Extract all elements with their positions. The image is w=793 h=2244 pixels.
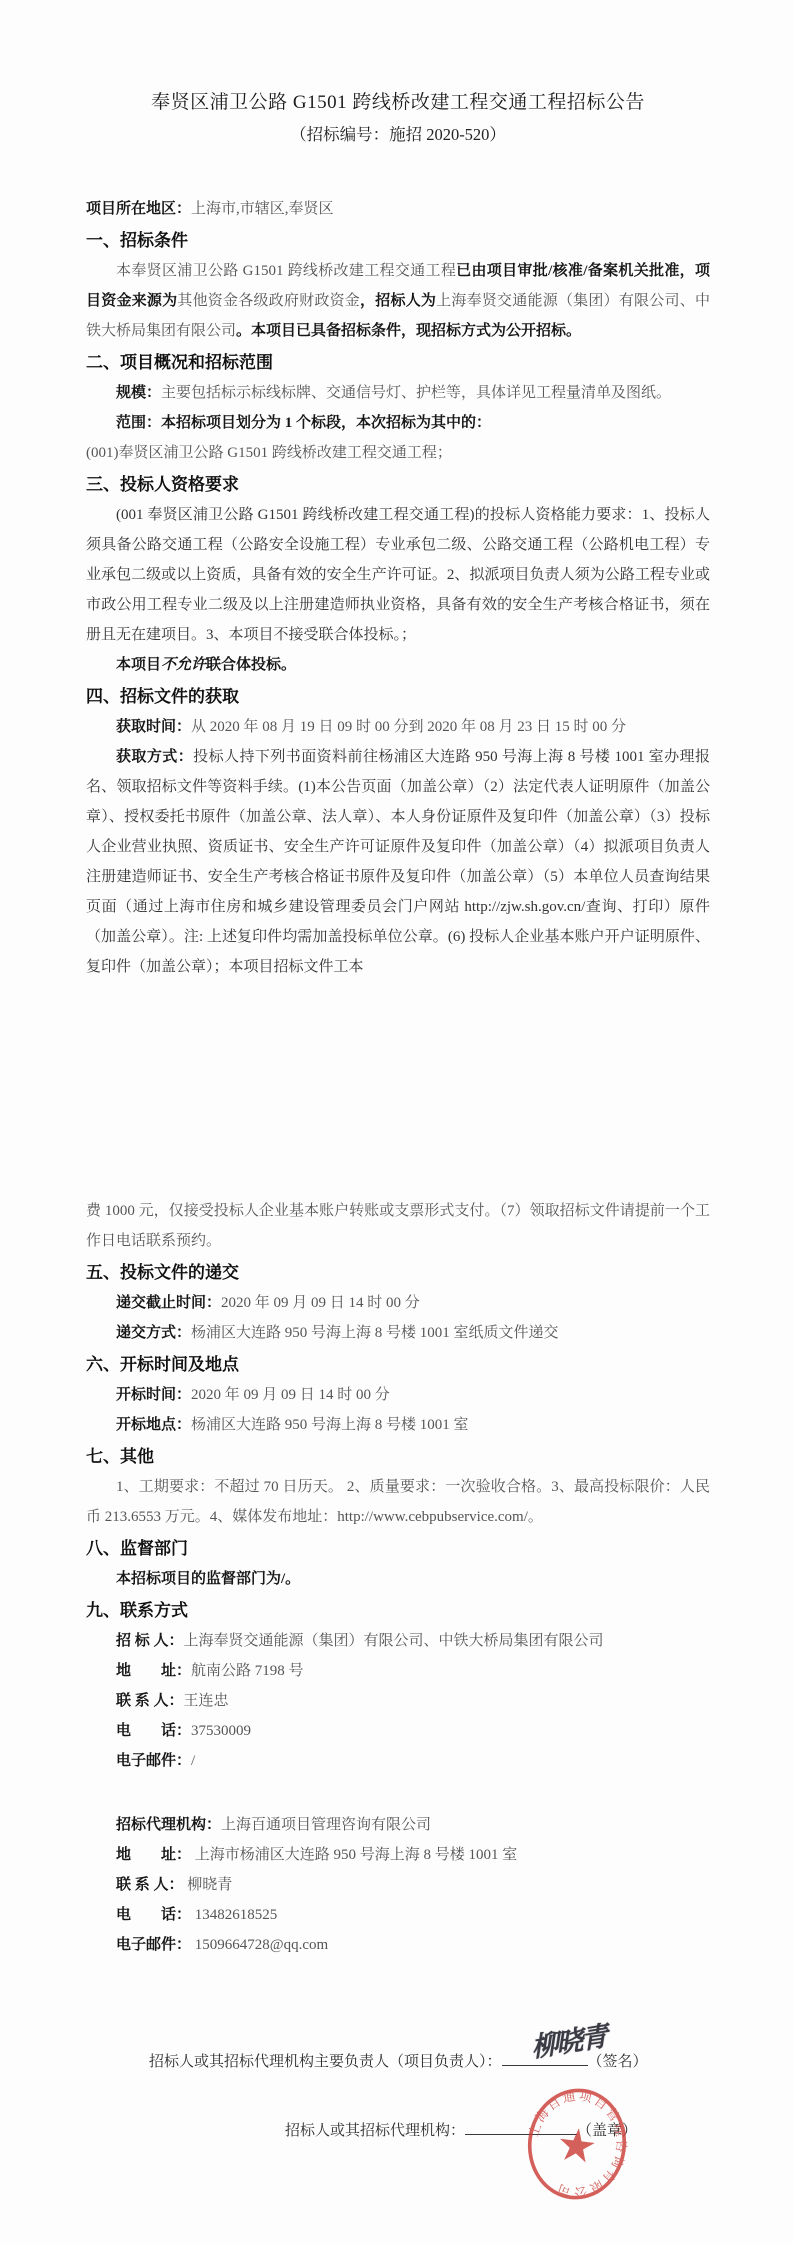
opening-place-line: 开标地点：杨浦区大连路 950 号海上海 8 号楼 1001 室 — [86, 1410, 710, 1440]
agency-address-line: 地 址： 上海市杨浦区大连路 950 号海上海 8 号楼 1001 室 — [86, 1840, 710, 1870]
section-heading-4: 四、招标文件的获取 — [86, 682, 710, 712]
agency-seal-label: 招标人或其招标代理机构： — [285, 2123, 465, 2139]
text-run: / — [191, 1753, 195, 1769]
text-run: 本招标项目划分为 1 个标段，本次招标为其中的： — [161, 415, 491, 431]
no-consortium-line: 本项目不允许联合体投标。 — [86, 650, 710, 680]
agency-line: 招标代理机构：上海百通项目管理咨询有限公司 — [86, 1810, 710, 1840]
text-run: 杨浦区大连路 950 号海上海 8 号楼 1001 室纸质文件递交 — [191, 1325, 559, 1341]
text-run: 2020 年 09 月 09 日 14 时 00 分 — [191, 1387, 390, 1403]
text-run: 不允许 — [161, 657, 206, 673]
scope-line: 范围：本招标项目划分为 1 个标段，本次招标为其中的： — [86, 408, 710, 438]
text-run: 上海市,市辖区,奉贤区 — [191, 201, 334, 217]
lot-line: (001)奉贤区浦卫公路 G1501 跨线桥改建工程交通工程； — [86, 438, 710, 468]
agency-email-line: 电子邮件： 1509664728@qq.com — [86, 1930, 710, 1960]
submission-deadline-line: 递交截止时间：2020 年 09 月 09 日 14 时 00 分 — [86, 1288, 710, 1318]
text-run: 联 系 人： — [116, 1693, 184, 1709]
text-run: 获取时间： — [116, 719, 191, 735]
section-heading-8: 八、监督部门 — [86, 1534, 710, 1564]
text-run: 五、投标文件的递交 — [86, 1263, 239, 1282]
document-page: 奉贤区浦卫公路 G1501 跨线桥改建工程交通工程招标公告 （招标编号：施招 2… — [0, 0, 793, 2244]
text-run: 六、开标时间及地点 — [86, 1355, 239, 1374]
text-run: 柳晓青 — [184, 1877, 233, 1893]
text-run: 招 标 人： — [116, 1633, 184, 1649]
text-run: (001)奉贤区浦卫公路 G1501 跨线桥改建工程交通工程； — [86, 445, 452, 461]
company-seal-stamp: 上海百通项目管理咨询有限公司 ★ — [508, 2067, 646, 2221]
signature-area: 招标人或其招标代理机构主要负责人（项目负责人）：（签名） 柳晓青 招标人或其招标… — [0, 1990, 793, 2244]
text-run: 费 1000 元，仅接受投标人企业基本账户转账或支票形式支付。（7）领取招标文件… — [86, 1203, 710, 1249]
text-run: 上海奉贤交通能源（集团）有限公司、中铁大桥局集团有限公司 — [184, 1633, 604, 1649]
text-run: 其他资金各级政府财政资金 — [177, 293, 360, 309]
text-run: ，招标人为 — [360, 293, 436, 309]
other-requirements-paragraph: 1、工期要求：不超过 70 日历天。 2、质量要求：一次验收合格。3、最高投标限… — [86, 1472, 710, 1532]
obtain-method-paragraph: 获取方式：投标人持下列书面资料前往杨浦区大连路 950 号海上海 8 号楼 10… — [86, 742, 710, 982]
text-run: 本奉贤区浦卫公路 G1501 跨线桥改建工程交通工程 — [116, 263, 456, 279]
text-run: (001 奉贤区浦卫公路 G1501 跨线桥改建工程交通工程)的投标人资格能力要… — [86, 507, 710, 643]
text-run: 地 址： — [116, 1847, 191, 1863]
text-run: 主要包括标示标线标牌、交通信号灯、护栏等，具体详见工程量清单及图纸。 — [161, 385, 671, 401]
scale-line: 规模：主要包括标示标线标牌、交通信号灯、护栏等，具体详见工程量清单及图纸。 — [86, 378, 710, 408]
section-heading-2: 二、项目概况和招标范围 — [86, 348, 710, 378]
tenderer-contact-line: 联 系 人：王连忠 — [86, 1686, 710, 1716]
supervision-line: 本招标项目的监督部门为/。 — [86, 1564, 710, 1594]
text-run: 电 话： — [116, 1723, 191, 1739]
text-run: 七、其他 — [86, 1447, 154, 1466]
text-run: 投标人持下列书面资料前往杨浦区大连路 950 号海上海 8 号楼 1001 室办… — [86, 749, 710, 975]
tenderer-phone-line: 电 话：37530009 — [86, 1716, 710, 1746]
responsible-person-label: 招标人或其招标代理机构主要负责人（项目负责人）： — [149, 2054, 502, 2070]
qualification-paragraph: (001 奉贤区浦卫公路 G1501 跨线桥改建工程交通工程)的投标人资格能力要… — [86, 500, 710, 650]
fee-paragraph: 费 1000 元，仅接受投标人企业基本账户转账或支票形式支付。（7）领取招标文件… — [86, 1196, 710, 1256]
text-run: 二、项目概况和招标范围 — [86, 353, 273, 372]
section-heading-7: 七、其他 — [86, 1442, 710, 1472]
text-run: 项目所在地区： — [86, 201, 191, 217]
text-run: 规模： — [116, 385, 161, 401]
text-run: 杨浦区大连路 950 号海上海 8 号楼 1001 室 — [191, 1417, 469, 1433]
section-heading-9: 九、联系方式 — [86, 1596, 710, 1626]
text-run: 电 话： — [116, 1907, 191, 1923]
text-run: 获取方式： — [116, 749, 193, 765]
section-heading-3: 三、投标人资格要求 — [86, 470, 710, 500]
text-run: 从 2020 年 08 月 19 日 09 时 00 分到 2020 年 08 … — [191, 719, 626, 735]
text-run: 本项目 — [116, 657, 161, 673]
text-run: 递交方式： — [116, 1325, 191, 1341]
text-run: 1、工期要求：不超过 70 日历天。 2、质量要求：一次验收合格。3、最高投标限… — [86, 1479, 710, 1525]
seal-star-icon: ★ — [553, 2118, 600, 2174]
text-run: 电子邮件： — [116, 1753, 191, 1769]
tender-conditions-paragraph: 本奉贤区浦卫公路 G1501 跨线桥改建工程交通工程已由项目审批/核准/备案机关… — [86, 256, 710, 346]
text-run: 电子邮件： — [116, 1937, 191, 1953]
text-run: 。本项目已具备招标条件，现招标方式为公开招标。 — [236, 323, 581, 339]
tenderer-address-line: 地 址：航南公路 7198 号 — [86, 1656, 710, 1686]
text-run: 2020 年 09 月 09 日 14 时 00 分 — [221, 1295, 420, 1311]
agency-contact-line: 联 系 人： 柳晓青 — [86, 1870, 710, 1900]
text-run: 范围： — [116, 415, 161, 431]
text-run: 九、联系方式 — [86, 1601, 188, 1620]
text-run: 联 系 人： — [116, 1877, 184, 1893]
text-run: 1509664728@qq.com — [191, 1937, 328, 1953]
text-run: 地 址： — [116, 1663, 191, 1679]
opening-time-line: 开标时间：2020 年 09 月 09 日 14 时 00 分 — [86, 1380, 710, 1410]
text-run: 王连忠 — [184, 1693, 229, 1709]
text-run: 联合体投标。 — [206, 657, 296, 673]
document-title: 奉贤区浦卫公路 G1501 跨线桥改建工程交通工程招标公告 — [86, 88, 710, 118]
submission-method-line: 递交方式：杨浦区大连路 950 号海上海 8 号楼 1001 室纸质文件递交 — [86, 1318, 710, 1348]
section-heading-1: 一、招标条件 — [86, 226, 710, 256]
text-run: 37530009 — [191, 1723, 251, 1739]
text-run: 一、招标条件 — [86, 231, 188, 250]
text-run: 本招标项目的监督部门为/。 — [116, 1571, 300, 1587]
project-location-line: 项目所在地区：上海市,市辖区,奉贤区 — [86, 194, 710, 224]
text-run: 递交截止时间： — [116, 1295, 221, 1311]
sign-name-suffix: （签名） — [588, 2054, 648, 2070]
text-run: 航南公路 7198 号 — [191, 1663, 304, 1679]
tenderer-email-line: 电子邮件：/ — [86, 1746, 710, 1776]
tenderer-line: 招 标 人：上海奉贤交通能源（集团）有限公司、中铁大桥局集团有限公司 — [86, 1626, 710, 1656]
text-run: 八、监督部门 — [86, 1539, 188, 1558]
agency-phone-line: 电 话： 13482618525 — [86, 1900, 710, 1930]
section-heading-6: 六、开标时间及地点 — [86, 1350, 710, 1380]
text-run: 四、招标文件的获取 — [86, 687, 239, 706]
text-run: 上海百通项目管理咨询有限公司 — [221, 1817, 431, 1833]
page-gap — [86, 982, 710, 1196]
text-run: 开标地点： — [116, 1417, 191, 1433]
document-body: 项目所在地区：上海市,市辖区,奉贤区一、招标条件本奉贤区浦卫公路 G1501 跨… — [86, 194, 710, 1960]
text-run: 开标时间： — [116, 1387, 191, 1403]
text-run: 招标代理机构： — [116, 1817, 221, 1833]
tender-number: （招标编号：施招 2020-520） — [86, 118, 710, 152]
text-run: 三、投标人资格要求 — [86, 475, 239, 494]
obtain-time-line: 获取时间：从 2020 年 08 月 19 日 09 时 00 分到 2020 … — [86, 712, 710, 742]
text-run: 上海市杨浦区大连路 950 号海上海 8 号楼 1001 室 — [191, 1847, 517, 1863]
page-gap — [86, 1776, 710, 1810]
text-run: 13482618525 — [191, 1907, 277, 1923]
section-heading-5: 五、投标文件的递交 — [86, 1258, 710, 1288]
